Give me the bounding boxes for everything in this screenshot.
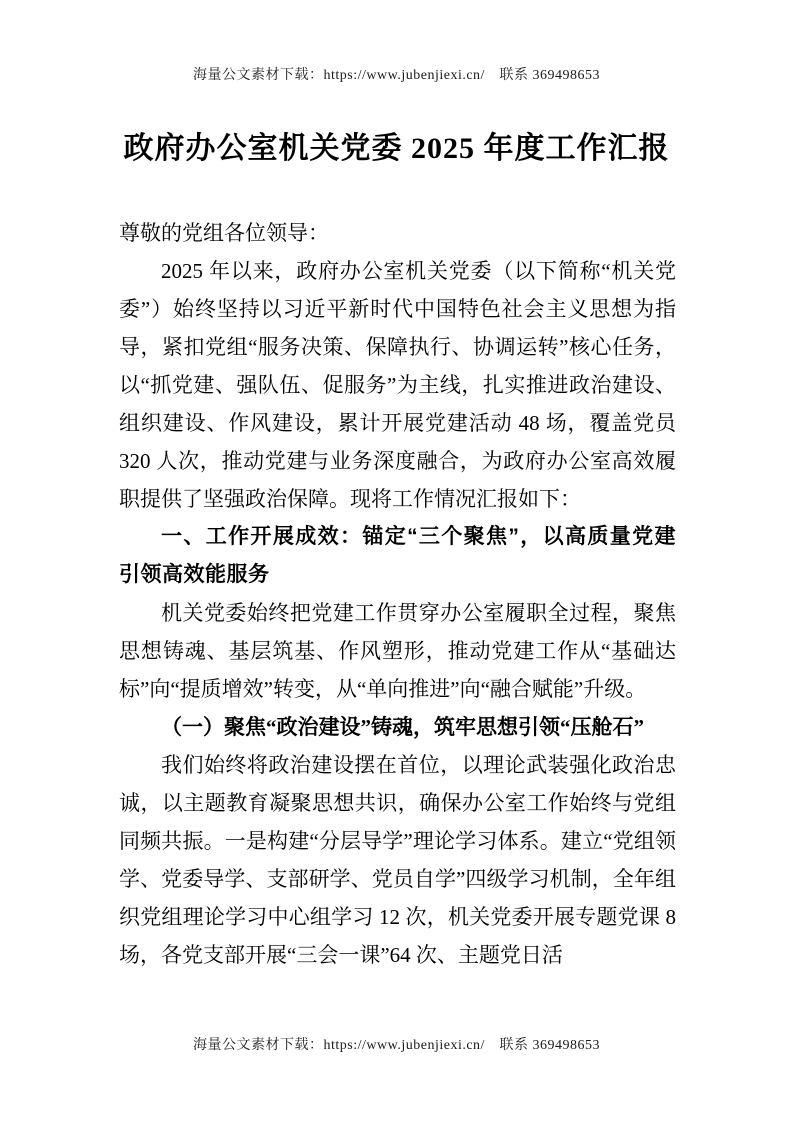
page-header: 海量公文素材下载：https://www.jubenjiexi.cn/ 联系 3… [0, 66, 793, 86]
paragraph-section-overview: 机关党委始终把党建工作贯穿办公室履职全过程，聚焦思想铸魂、基层筑基、作风塑形，推… [119, 594, 676, 708]
paragraph-intro: 2025 年以来，政府办公室机关党委（以下简称“机关党委”）始终坚持以习近平新时… [119, 252, 676, 518]
header-watermark-text: 海量公文素材下载：https://www.jubenjiexi.cn/ 联系 3… [193, 68, 600, 83]
document-page: 海量公文素材下载：https://www.jubenjiexi.cn/ 联系 3… [0, 0, 793, 1122]
footer-watermark-text: 海量公文素材下载：https://www.jubenjiexi.cn/ 联系 3… [193, 1038, 600, 1053]
page-footer: 海量公文素材下载：https://www.jubenjiexi.cn/ 联系 3… [0, 1036, 793, 1056]
document-body: 尊敬的党组各位领导： 2025 年以来，政府办公室机关党委（以下简称“机关党委”… [119, 214, 676, 1026]
heading-level-1: 一、工作开展成效：锚定“三个聚焦”，以高质量党建引领高效能服务 [119, 518, 676, 594]
heading-level-2: （一）聚焦“政治建设”铸魂，筑牢思想引领“压舱石” [119, 708, 676, 746]
paragraph-political-building: 我们始终将政治建设摆在首位，以理论武装强化政治忠诚，以主题教育凝聚思想共识，确保… [119, 746, 676, 974]
paragraph-salutation: 尊敬的党组各位领导： [119, 214, 676, 252]
document-title: 政府办公室机关党委 2025 年度工作汇报 [0, 126, 793, 172]
